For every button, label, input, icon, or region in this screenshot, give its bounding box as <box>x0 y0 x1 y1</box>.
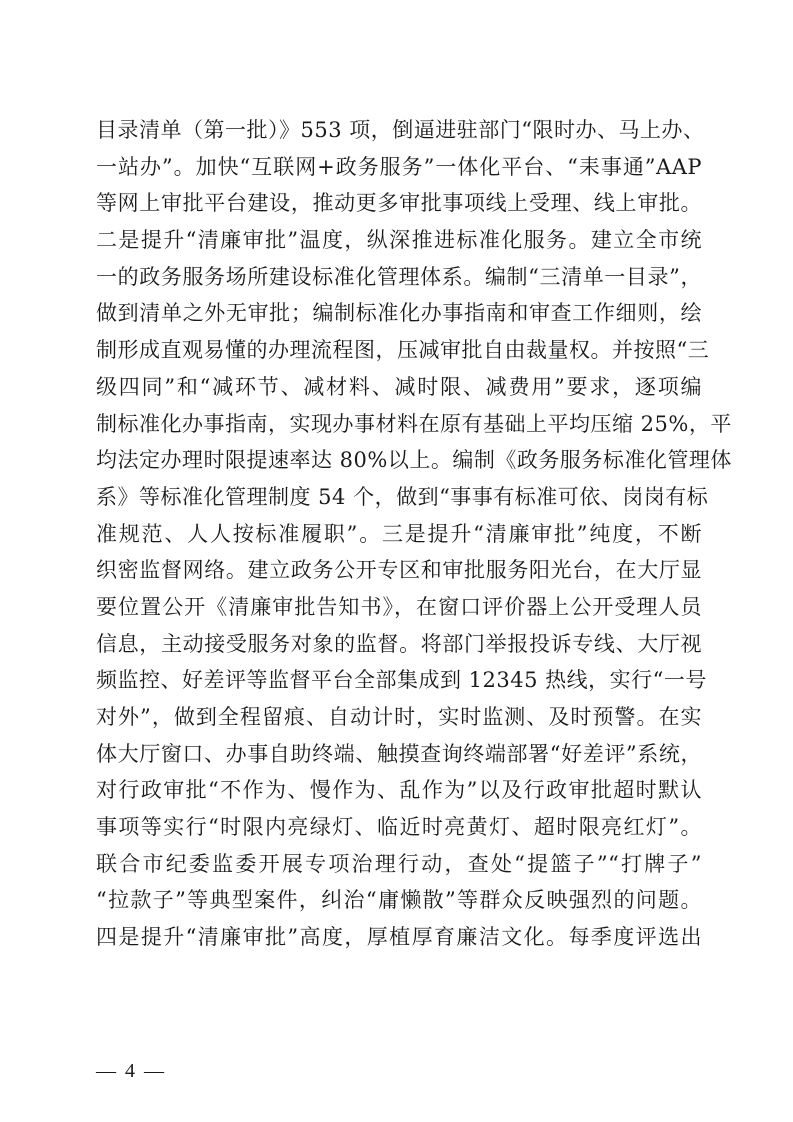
text-line: 级四同”和“减环节、减材料、减时限、减费用”要求，逐项编 <box>96 369 702 406</box>
text-line: 体大厅窗口、办事自助终端、触摸查询终端部署“好差评”系统， <box>96 736 702 773</box>
body-text: 目录清单（第一批）》553 项，倒逼进驻部门“限时办、马上办、 一站办”。加快“… <box>96 112 702 956</box>
text-line: 一的政务服务场所建设标准化管理体系。编制“三清单一目录”， <box>96 259 702 296</box>
text-line: 制形成直观易懂的办理流程图，压减审批自由裁量权。并按照“三 <box>96 332 702 369</box>
text-line: 联合市纪委监委开展专项治理行动，查处“提篮子”“打牌子” <box>96 846 702 883</box>
text-line: 二是提升“清廉审批”温度，纵深推进标准化服务。建立全市统 <box>96 222 702 259</box>
page-number: — 4 — <box>96 1060 166 1083</box>
text-line: 等网上审批平台建设，推动更多审批事项线上受理、线上审批。 <box>96 185 702 222</box>
text-line: 准规范、人人按标准履职”。三是提升“清廉审批”纯度，不断 <box>96 516 702 553</box>
text-line: 织密监督网络。建立政务公开专区和审批服务阳光台，在大厅显 <box>96 552 702 589</box>
text-line: 均法定办理时限提速率达 80%以上。编制《政务服务标准化管理体 <box>96 442 702 479</box>
text-line: 制标准化办事指南，实现办事材料在原有基础上平均压缩 25%，平 <box>96 406 702 443</box>
text-line: 系》等标准化管理制度 54 个，做到“事事有标准可依、岗岗有标 <box>96 479 702 516</box>
text-line: 四是提升“清廉审批”高度，厚植厚育廉洁文化。每季度评选出 <box>96 919 702 956</box>
text-line: 对外”，做到全程留痕、自动计时，实时监测、及时预警。在实 <box>96 699 702 736</box>
text-line: 对行政审批“不作为、慢作为、乱作为”以及行政审批超时默认 <box>96 772 702 809</box>
document-page: 目录清单（第一批）》553 项，倒逼进驻部门“限时办、马上办、 一站办”。加快“… <box>0 0 793 1122</box>
text-line: 频监控、好差评等监督平台全部集成到 12345 热线，实行“一号 <box>96 662 702 699</box>
text-line: 事项等实行“时限内亮绿灯、临近时亮黄灯、超时限亮红灯”。 <box>96 809 702 846</box>
text-line: “拉款子”等典型案件，纠治“庸懒散”等群众反映强烈的问题。 <box>96 882 702 919</box>
text-line: 一站办”。加快“互联网+政务服务”一体化平台、“耒事通”AAP <box>96 149 702 186</box>
text-line: 要位置公开《清廉审批告知书》，在窗口评价器上公开受理人员 <box>96 589 702 626</box>
text-line: 目录清单（第一批）》553 项，倒逼进驻部门“限时办、马上办、 <box>96 112 702 149</box>
text-line: 信息，主动接受服务对象的监督。将部门举报投诉专线、大厅视 <box>96 626 702 663</box>
text-line: 做到清单之外无审批；编制标准化办事指南和审查工作细则，绘 <box>96 295 702 332</box>
